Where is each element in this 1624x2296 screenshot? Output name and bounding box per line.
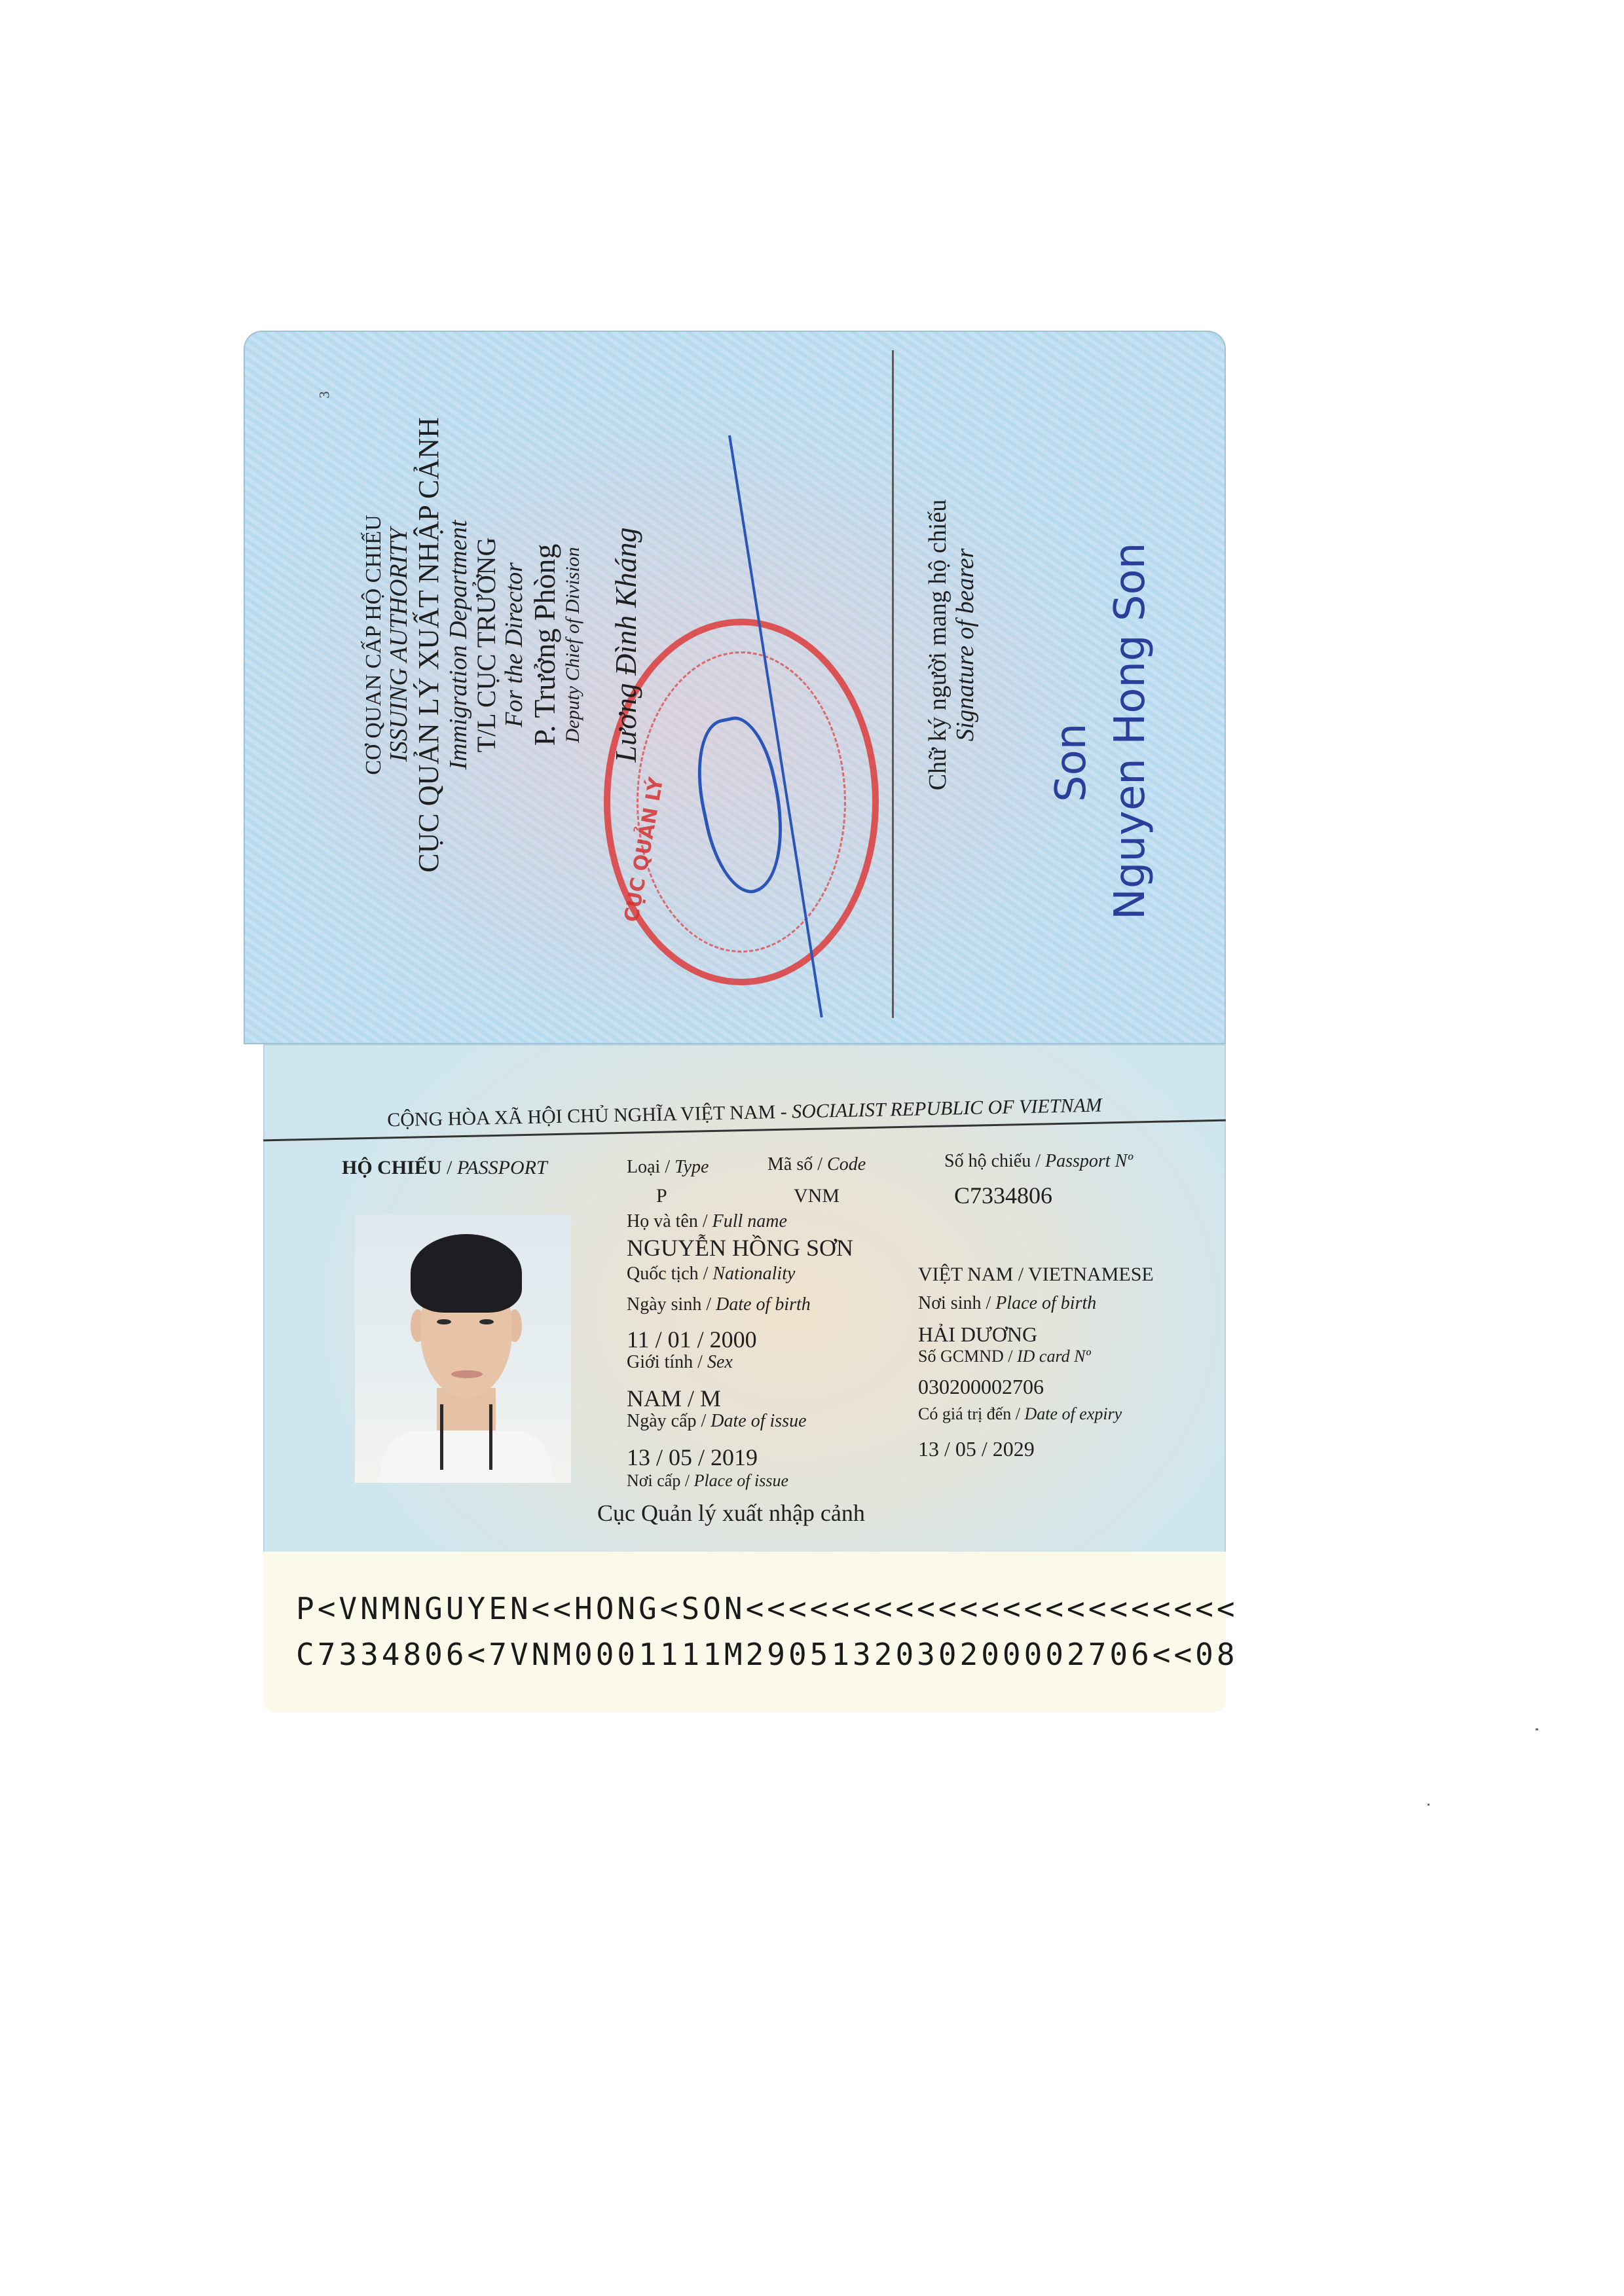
scan-artifact xyxy=(1536,1728,1538,1730)
department-en: Immigration Department xyxy=(445,383,473,907)
passport-scan: 3 CỤC QUẢN LÝ CƠ QUAN CẤP HỘ CHIẾU ISSUI… xyxy=(244,331,1226,1712)
place-of-birth-value: HẢI DƯƠNG xyxy=(918,1322,1037,1347)
full-name-value: NGUYỄN HỒNG SƠN xyxy=(627,1234,853,1262)
mrz-line-2: C7334806<7VNM0001111M2905132030200002706… xyxy=(296,1637,1238,1672)
signatory-name: Lương Đình Kháng xyxy=(610,383,643,907)
for-director-en: For the Director xyxy=(501,383,528,907)
passport-number-label: Số hộ chiếu / Passport Nº xyxy=(944,1151,1133,1172)
data-page: CỘNG HÒA XÃ HỘI CHỦ NGHĨA VIỆT NAM - SOC… xyxy=(263,1044,1226,1712)
date-of-expiry-label: Có giá trị đến / Date of expiry xyxy=(918,1404,1122,1424)
sex-label: Giới tính / Sex xyxy=(627,1352,733,1373)
mrz-line-1: P<VNMNGUYEN<<HONG<SON<<<<<<<<<<<<<<<<<<<… xyxy=(296,1591,1238,1626)
date-of-birth-value: 11 / 01 / 2000 xyxy=(627,1326,757,1353)
place-of-birth-label: Nơi sinh / Place of birth xyxy=(918,1293,1096,1314)
country-header: CỘNG HÒA XÃ HỘI CHỦ NGHĨA VIỆT NAM - SOC… xyxy=(263,1092,1226,1135)
country-header-vi: CỘNG HÒA XÃ HỘI CHỦ NGHĨA VIỆT NAM xyxy=(387,1101,776,1131)
type-label: Loại / Type xyxy=(627,1157,709,1178)
issuing-authority-label-vi: CƠ QUAN CẤP HỘ CHIẾU xyxy=(361,383,386,907)
signatory-title-en: Deputy Chief of Division xyxy=(562,383,583,907)
passport-number-value: C7334806 xyxy=(954,1182,1052,1209)
nationality-label: Quốc tịch / Nationality xyxy=(627,1264,795,1285)
issuing-authority-label-en: ISSUING AUTHORITY xyxy=(386,383,413,907)
sex-value: NAM / M xyxy=(627,1385,721,1412)
machine-readable-zone: P<VNMNGUYEN<<HONG<SON<<<<<<<<<<<<<<<<<<<… xyxy=(263,1552,1226,1712)
for-director-vi: T/L CỤC TRƯỞNG xyxy=(472,383,501,907)
bearer-signature-line2: Nguyen Hong Son xyxy=(1101,543,1160,920)
date-of-issue-label: Ngày cấp / Date of issue xyxy=(627,1411,807,1432)
page-number: 3 xyxy=(316,392,333,399)
place-of-issue-label: Nơi cấp / Place of issue xyxy=(627,1471,788,1491)
type-value: P xyxy=(656,1185,667,1207)
scan-artifact xyxy=(1428,1804,1430,1806)
bearer-signature-line1: Son xyxy=(1043,543,1101,920)
place-of-issue-value: Cục Quản lý xuất nhập cảnh xyxy=(597,1499,865,1527)
bearer-signature-block: Chữ ký người mang hộ chiếu Signature of … xyxy=(925,383,980,907)
date-of-expiry-value: 13 / 05 / 2029 xyxy=(918,1437,1035,1461)
date-of-issue-value: 13 / 05 / 2019 xyxy=(627,1444,758,1471)
bearer-signature-label-vi: Chữ ký người mang hộ chiếu xyxy=(925,383,952,907)
nationality-value: VIỆT NAM / VIETNAMESE xyxy=(918,1264,1154,1286)
issuing-authority-block: CƠ QUAN CẤP HỘ CHIẾU ISSUING AUTHORITY C… xyxy=(361,383,642,907)
id-card-label: Số GCMND / ID card Nº xyxy=(918,1347,1091,1366)
bearer-signature-label-en: Signature of bearer xyxy=(952,383,980,907)
country-header-en: SOCIALIST REPUBLIC OF VIETNAM xyxy=(792,1095,1102,1123)
bearer-signature: Son Nguyen Hong Son xyxy=(1043,543,1160,920)
date-of-birth-label: Ngày sinh / Date of birth xyxy=(627,1294,811,1315)
full-name-label: Họ và tên / Full name xyxy=(627,1211,787,1232)
observations-page: 3 CỤC QUẢN LÝ CƠ QUAN CẤP HỘ CHIẾU ISSUI… xyxy=(244,331,1226,1044)
holder-photo xyxy=(355,1214,571,1483)
signatory-title-vi: P. Trưởng Phòng xyxy=(528,383,562,907)
code-label: Mã số / Code xyxy=(767,1154,866,1175)
page-divider xyxy=(892,350,894,1018)
document-title: HỘ CHIẾU / PASSPORT xyxy=(342,1157,547,1179)
department-vi: CỤC QUẢN LÝ XUẤT NHẬP CẢNH xyxy=(413,383,445,907)
id-card-value: 030200002706 xyxy=(918,1375,1044,1399)
code-value: VNM xyxy=(794,1185,840,1207)
